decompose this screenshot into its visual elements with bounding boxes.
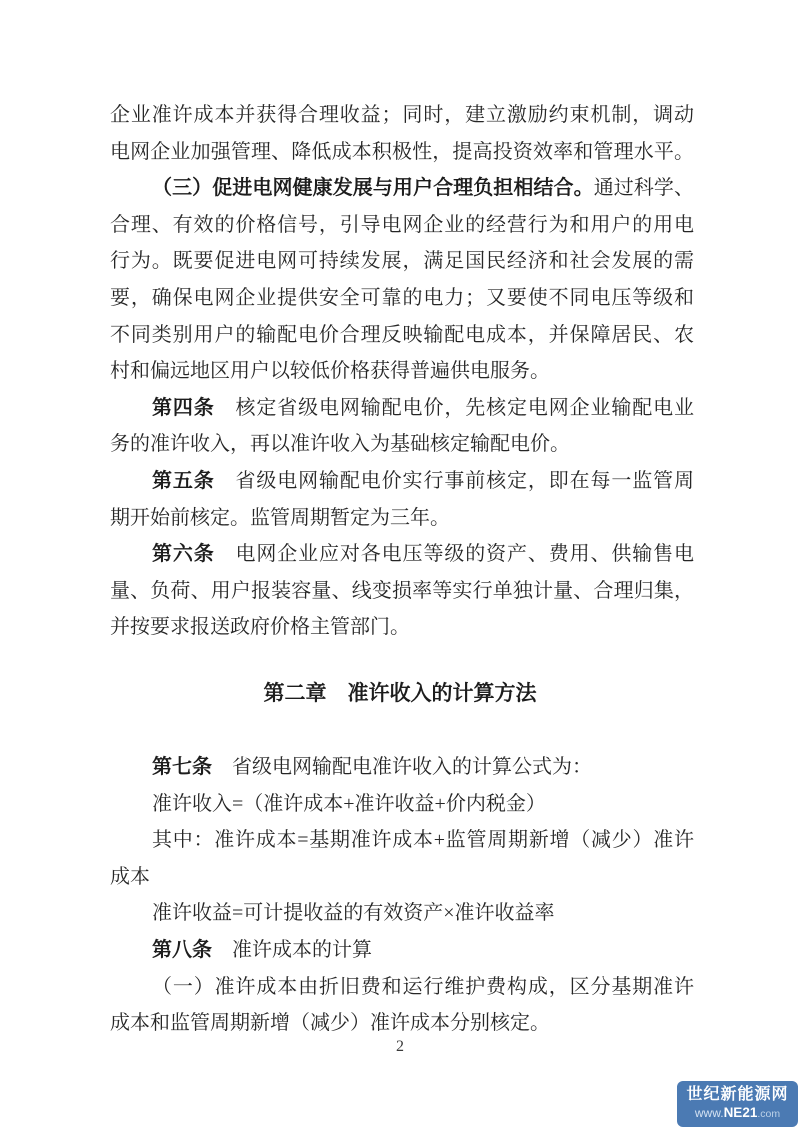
text-line: 不同类别用户的输配电价合理反映输配电成本，并保障居民、农 [110,317,694,354]
logo-url-ne21: NE21 [724,1105,758,1120]
text-line: 其中：准许成本=基期准许成本+监管周期新增（减少）准许 [110,822,694,859]
logo-url-www: www. [695,1106,724,1120]
text-line: 第六条 电网企业应对各电压等级的资产、费用、供输售电 [110,536,694,573]
bold-run: 第八条 [152,939,212,961]
bold-run: （三）促进电网健康发展与用户合理负担相结合。 [152,177,594,199]
text-line: 准许收入=（准许成本+准许收益+价内税金） [110,786,694,823]
text-line: （三）促进电网健康发展与用户合理负担相结合。通过科学、 [110,170,694,207]
body-text-block-2: 第七条 省级电网输配电准许收入的计算公式为：准许收入=（准许成本+准许收益+价内… [110,749,694,1042]
text-line: 第八条 准许成本的计算 [110,932,694,969]
text-line: 要，确保电网企业提供安全可靠的电力；又要使不同电压等级和 [110,280,694,317]
body-text-block-1: 企业准许成本并获得合理收益；同时，建立激励约束机制，调动电网企业加强管理、降低成… [110,97,694,646]
bold-run: 第六条 [152,543,215,565]
text-line: 电网企业加强管理、降低成本积极性，提高投资效率和管理水平。 [110,134,694,171]
text-line: 企业准许成本并获得合理收益；同时，建立激励约束机制，调动 [110,97,694,134]
text-line: 第四条 核定省级电网输配电价，先核定电网企业输配电业 [110,390,694,427]
text-line: 成本 [110,859,694,896]
text-line: 准许收益=可计提收益的有效资产×准许收益率 [110,895,694,932]
text-line: 行为。既要促进电网可持续发展，满足国民经济和社会发展的需 [110,243,694,280]
text-line: 期开始前核定。监管周期暂定为三年。 [110,500,694,537]
logo-url-com: .com [757,1108,780,1120]
ne21-watermark-logo: 世纪新能源网 www.NE21.com [677,1081,798,1127]
text-line: 村和偏远地区用户以较低价格获得普遍供电服务。 [110,353,694,390]
logo-url: www.NE21.com [677,1105,798,1122]
text-line: 合理、有效的价格信号，引导电网企业的经营行为和用户的用电 [110,207,694,244]
bold-run: 第四条 [152,397,215,419]
logo-title: 世纪新能源网 [677,1085,798,1105]
text-line: 量、负荷、用户报装容量、线变损率等实行单独计量、合理归集， [110,573,694,610]
bold-run: 第五条 [152,470,215,492]
bold-run: 第七条 [152,756,212,778]
document-page: 企业准许成本并获得合理收益；同时，建立激励约束机制，调动电网企业加强管理、降低成… [0,0,800,1131]
page-number: 2 [0,1038,800,1056]
text-line: 第五条 省级电网输配电价实行事前核定，即在每一监管周 [110,463,694,500]
chapter-heading: 第二章 准许收入的计算方法 [0,678,800,708]
text-line: 并按要求报送政府价格主管部门。 [110,609,694,646]
text-line: （一）准许成本由折旧费和运行维护费构成，区分基期准许 [110,969,694,1006]
text-line: 务的准许收入，再以准许收入为基础核定输配电价。 [110,426,694,463]
text-line: 第七条 省级电网输配电准许收入的计算公式为： [110,749,694,786]
text-line: 成本和监管周期新增（减少）准许成本分别核定。 [110,1005,694,1042]
